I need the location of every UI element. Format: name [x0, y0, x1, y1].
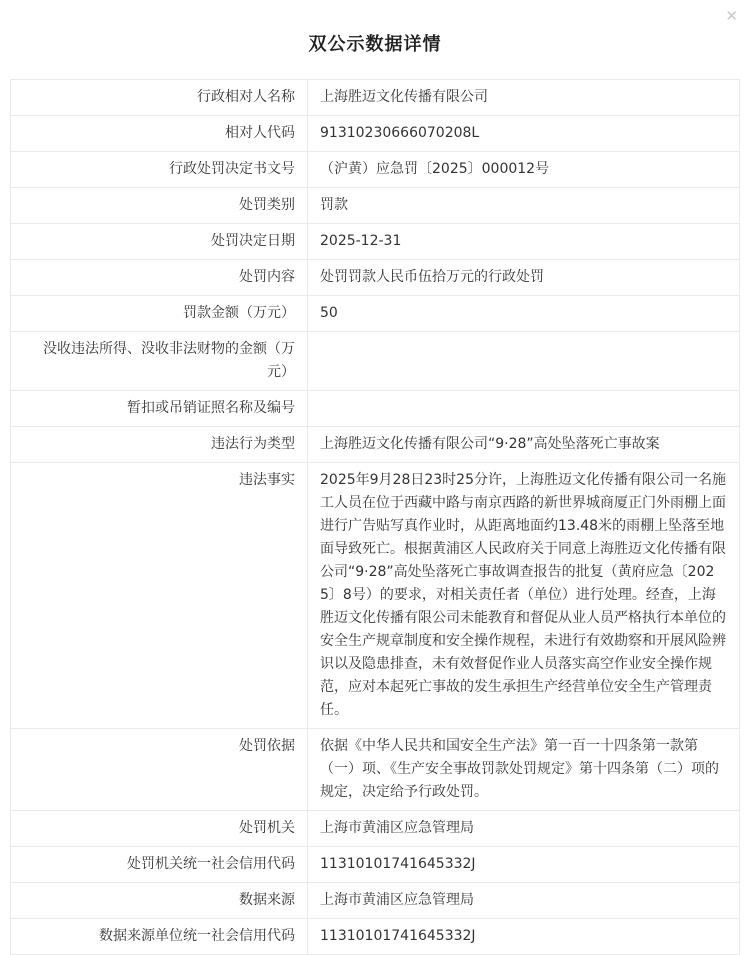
field-value: 11310101741645332J — [308, 847, 740, 883]
table-row: 处罚机关 上海市黄浦区应急管理局 — [11, 811, 740, 847]
field-value: （沪黄）应急罚〔2025〕000012号 — [308, 152, 740, 188]
table-row: 处罚内容 处罚罚款人民币伍拾万元的行政处罚 — [11, 260, 740, 296]
table-row: 处罚类别 罚款 — [11, 188, 740, 224]
table-row: 处罚机关统一社会信用代码 11310101741645332J — [11, 847, 740, 883]
table-row: 罚款金额（万元） 50 — [11, 296, 740, 332]
field-value: 上海胜迈文化传播有限公司“9·28”高处坠落死亡事故案 — [308, 427, 740, 463]
table-row: 行政相对人名称 上海胜迈文化传播有限公司 — [11, 80, 740, 116]
table-row: 违法事实 2025年9月28日23时25分许，上海胜迈文化传播有限公司一名施工人… — [11, 463, 740, 729]
table-row: 违法行为类型 上海胜迈文化传播有限公司“9·28”高处坠落死亡事故案 — [11, 427, 740, 463]
field-label: 处罚内容 — [11, 260, 308, 296]
detail-table: 行政相对人名称 上海胜迈文化传播有限公司 相对人代码 9131023066607… — [10, 79, 740, 955]
table-row: 行政处罚决定书文号 （沪黄）应急罚〔2025〕000012号 — [11, 152, 740, 188]
field-label: 数据来源 — [11, 883, 308, 919]
field-value: 50 — [308, 296, 740, 332]
field-label: 罚款金额（万元） — [11, 296, 308, 332]
field-label: 暂扣或吊销证照名称及编号 — [11, 391, 308, 427]
field-value: 罚款 — [308, 188, 740, 224]
table-row: 数据来源 上海市黄浦区应急管理局 — [11, 883, 740, 919]
table-row: 处罚决定日期 2025-12-31 — [11, 224, 740, 260]
field-value: 2025-12-31 — [308, 224, 740, 260]
field-label: 行政相对人名称 — [11, 80, 308, 116]
table-row: 处罚依据 依据《中华人民共和国安全生产法》第一百一十四条第一款第（一）项、《生产… — [11, 729, 740, 811]
close-icon[interactable]: ✕ — [725, 6, 738, 26]
field-value: 2025年9月28日23时25分许，上海胜迈文化传播有限公司一名施工人员在位于西… — [308, 463, 740, 729]
field-value: 上海市黄浦区应急管理局 — [308, 811, 740, 847]
field-value: 91310230666070208L — [308, 116, 740, 152]
table-row: 相对人代码 91310230666070208L — [11, 116, 740, 152]
field-label: 行政处罚决定书文号 — [11, 152, 308, 188]
field-label: 违法事实 — [11, 463, 308, 729]
field-label: 处罚类别 — [11, 188, 308, 224]
field-value — [308, 332, 740, 391]
field-value: 11310101741645332J — [308, 919, 740, 955]
field-label: 处罚机关统一社会信用代码 — [11, 847, 308, 883]
field-label: 没收违法所得、没收非法财物的金额（万元） — [11, 332, 308, 391]
table-row: 暂扣或吊销证照名称及编号 — [11, 391, 740, 427]
field-label: 数据来源单位统一社会信用代码 — [11, 919, 308, 955]
field-value: 依据《中华人民共和国安全生产法》第一百一十四条第一款第（一）项、《生产安全事故罚… — [308, 729, 740, 811]
field-label: 违法行为类型 — [11, 427, 308, 463]
field-label: 处罚决定日期 — [11, 224, 308, 260]
field-label: 处罚机关 — [11, 811, 308, 847]
table-row: 没收违法所得、没收非法财物的金额（万元） — [11, 332, 740, 391]
field-label: 相对人代码 — [11, 116, 308, 152]
table-row: 数据来源单位统一社会信用代码 11310101741645332J — [11, 919, 740, 955]
page-title: 双公示数据详情 — [0, 0, 750, 79]
field-label: 处罚依据 — [11, 729, 308, 811]
field-value: 上海市黄浦区应急管理局 — [308, 883, 740, 919]
field-value: 处罚罚款人民币伍拾万元的行政处罚 — [308, 260, 740, 296]
field-value: 上海胜迈文化传播有限公司 — [308, 80, 740, 116]
double-publicity-detail-dialog: ✕ 双公示数据详情 行政相对人名称 上海胜迈文化传播有限公司 相对人代码 913… — [0, 0, 750, 955]
field-value — [308, 391, 740, 427]
